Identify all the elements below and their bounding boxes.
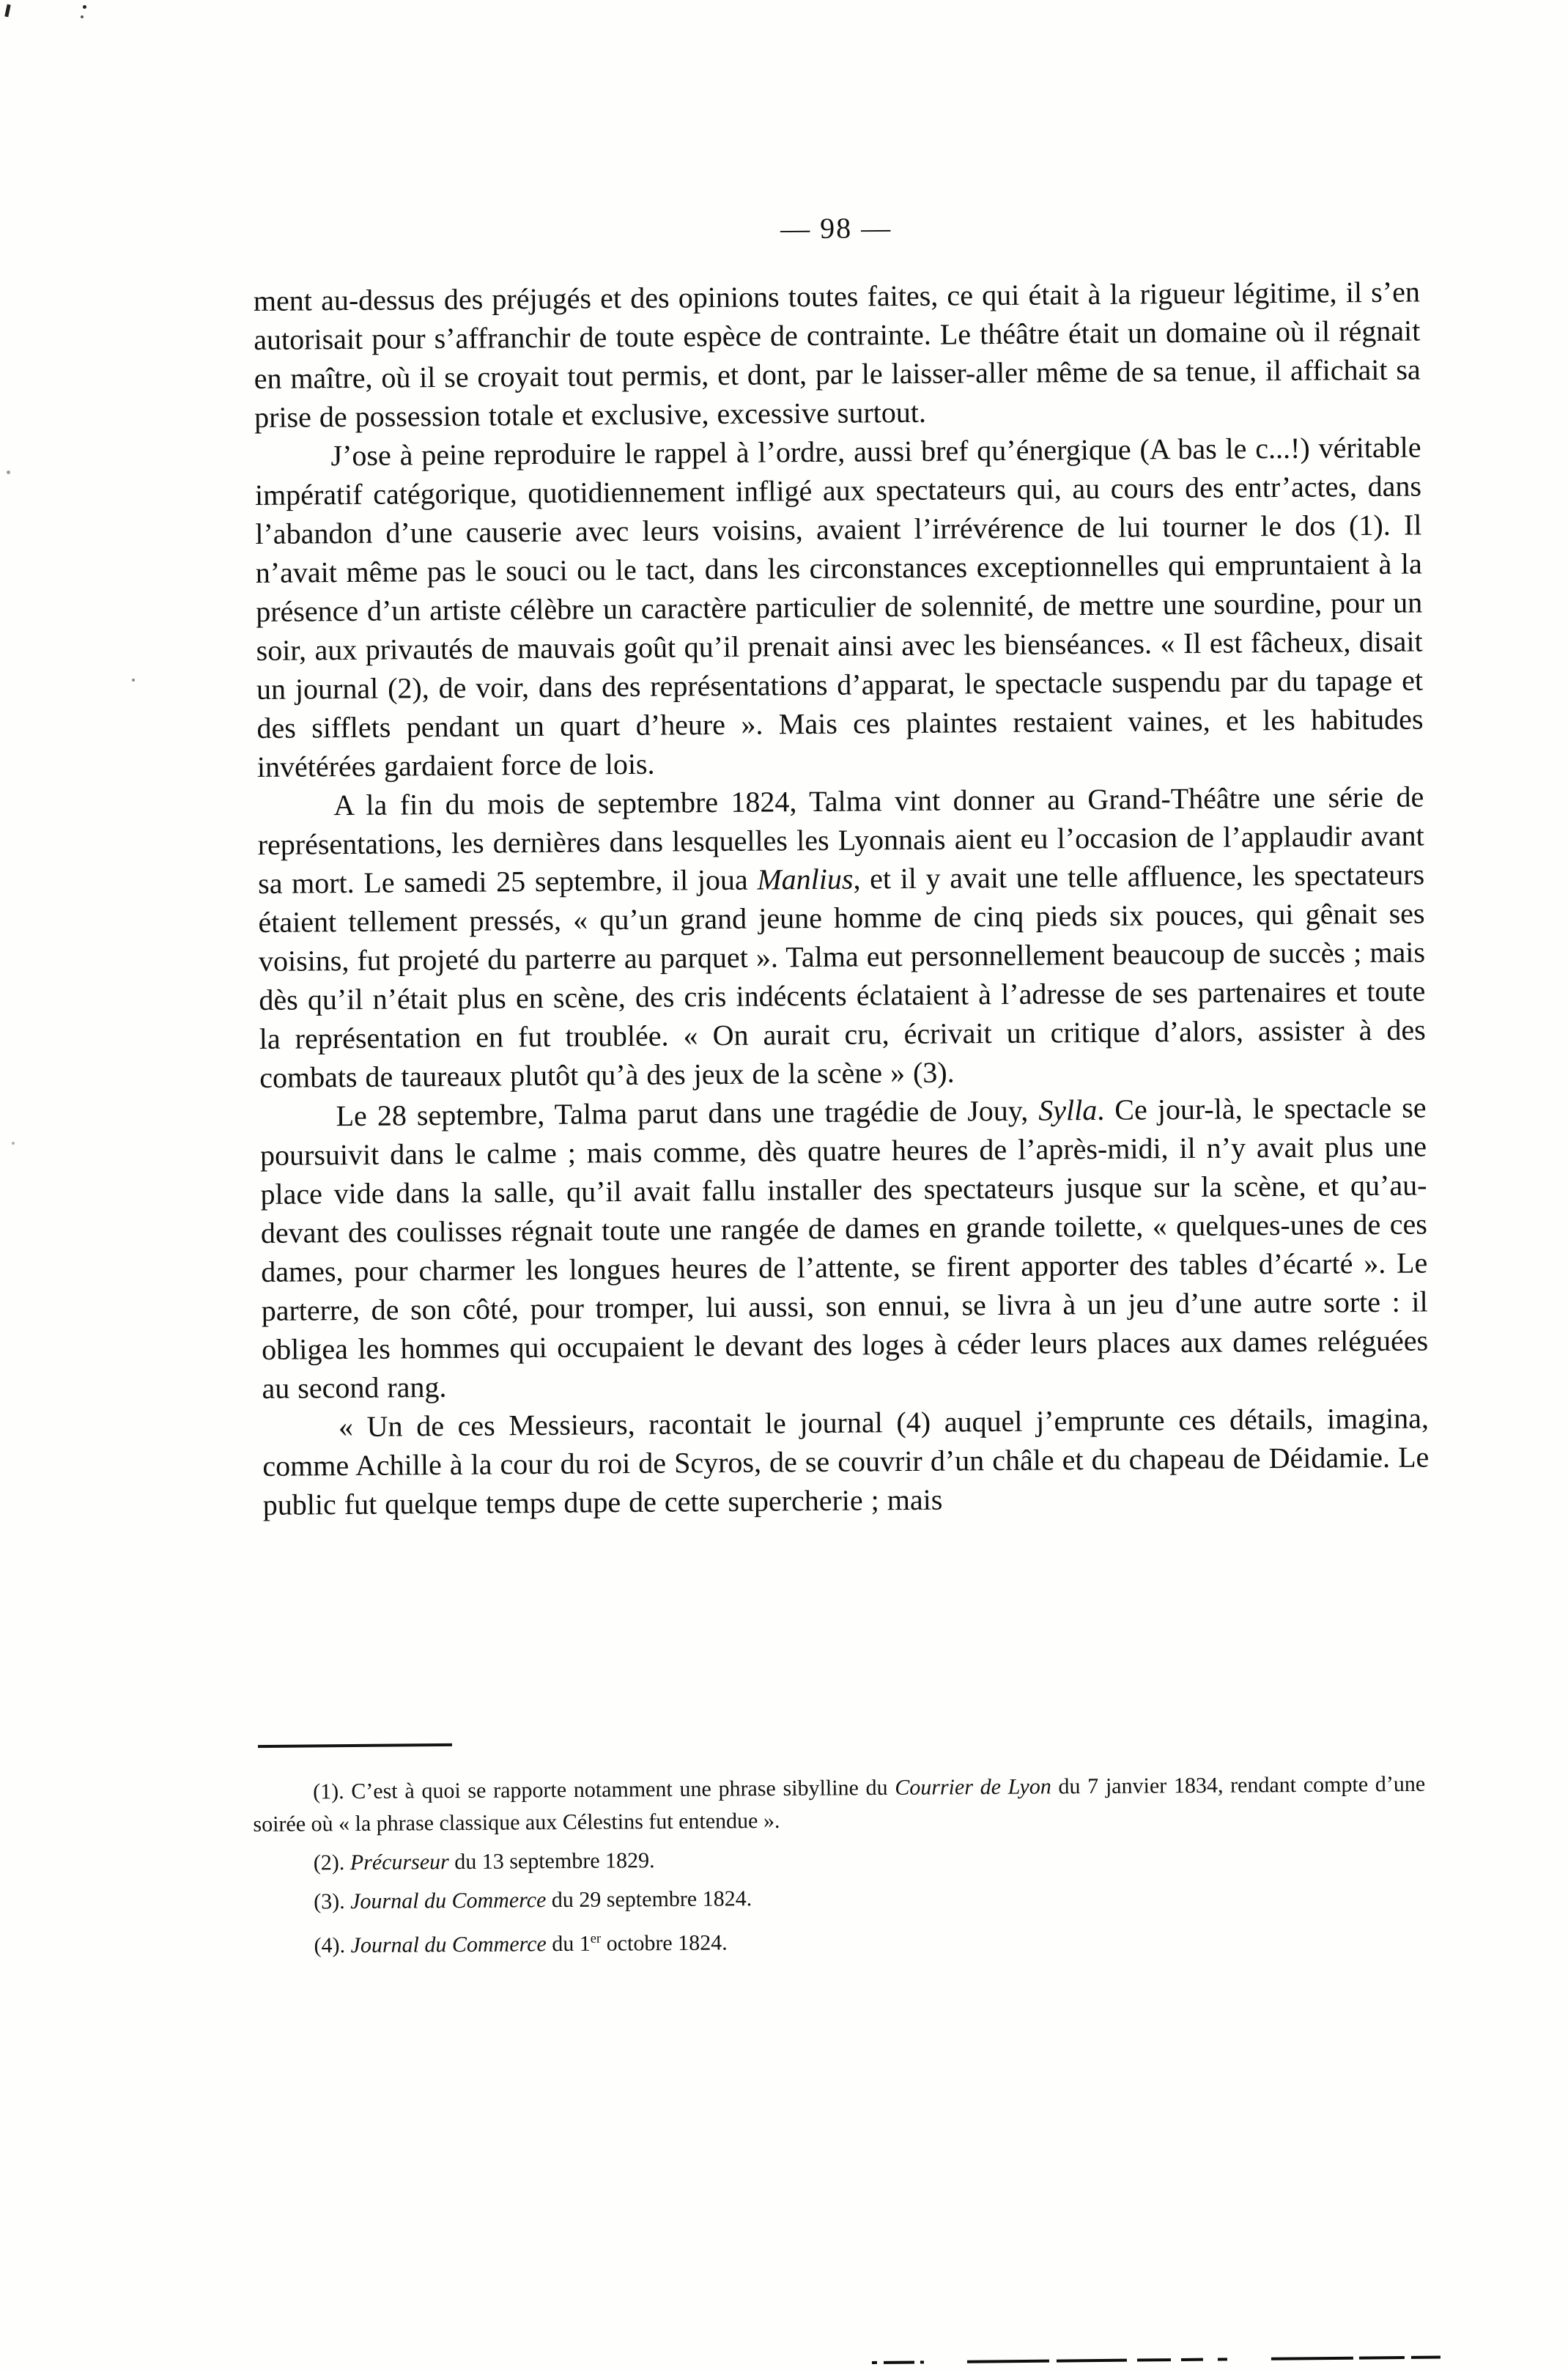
scan-artifact bbox=[83, 5, 86, 9]
paragraph-3: A la fin du mois de septembre 1824, Talm… bbox=[257, 777, 1426, 1096]
footnote-4: (4). Journal du Commerce du 1er octobre … bbox=[254, 1917, 1426, 1963]
body-text: ment au-dessus des préjugés et des opini… bbox=[254, 272, 1430, 1524]
footnotes: (1). C’est à quoi se rapporte notamment … bbox=[253, 1768, 1427, 1969]
scan-artifact-bottom-edge bbox=[872, 2356, 1443, 2369]
footnote-separator bbox=[258, 1743, 452, 1748]
scan-artifact bbox=[81, 15, 84, 18]
footnote-3: (3). Journal du Commerce du 29 septembre… bbox=[254, 1878, 1426, 1919]
scan-artifact bbox=[132, 679, 135, 682]
page-number: — 98 — bbox=[253, 207, 1419, 249]
scan-artifact bbox=[4, 4, 10, 18]
paragraph-1: ment au-dessus des préjugés et des opini… bbox=[254, 272, 1421, 436]
scan-artifact bbox=[12, 1142, 15, 1145]
scan-artifact bbox=[7, 470, 10, 474]
text-block: — 98 — ment au-dessus des préjugés et de… bbox=[253, 207, 1430, 1524]
paragraph-5: « Un de ces Messieurs, racontait le jour… bbox=[262, 1398, 1430, 1524]
paragraph-2: J’ose à peine reproduire le rappel à l’o… bbox=[254, 427, 1424, 786]
paragraph-4: Le 28 septembre, Talma parut dans une tr… bbox=[259, 1088, 1428, 1407]
book-page: — 98 — ment au-dessus des préjugés et de… bbox=[0, 0, 1568, 2370]
footnote-1: (1). C’est à quoi se rapporte notamment … bbox=[253, 1768, 1426, 1841]
footnote-2: (2). Précurseur du 13 septembre 1829. bbox=[254, 1839, 1426, 1880]
